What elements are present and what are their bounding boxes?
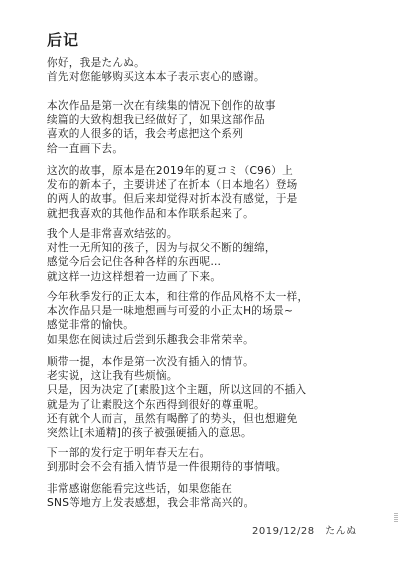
text-line: 的两人的故事。但后来却觉得对折本没有感觉，于是	[47, 192, 298, 206]
text-line: SNS等地方上发表感想，我会非常高兴的。	[47, 496, 254, 510]
text-line: 我个人是非常喜欢结弦的。	[47, 227, 276, 241]
text-line: 就这样一边这样想着一边画了下来。	[47, 270, 276, 284]
text-line: 顺带一提，本作是第一次没有插入的情节。	[47, 355, 306, 369]
text-line: 这次的故事，原本是在2019年的夏コミ（C96）上	[47, 164, 298, 178]
paragraph-sequel: 本次作品是第一次在有续集的情况下创作的故事 续篇的大致构想我已经做好了，如果这部…	[47, 99, 276, 156]
paragraph-thanks: 非常感谢您能看完这些话，如果您能在 SNS等地方上发表感想，我会非常高兴的。	[47, 482, 254, 510]
text-line: 到那时会不会有插入情节是一件很期待的事情哦。	[47, 460, 287, 474]
text-line: 下一部的发行定于明年春天左右。	[47, 446, 287, 460]
text-line: 只是，因为决定了[素股]这个主题，所以这回的不插入	[47, 383, 306, 397]
text-line: 老实说，这让我有些烦恼。	[47, 369, 306, 383]
text-line: 本次作品是第一次在有续集的情况下创作的故事	[47, 99, 276, 113]
text-line: 本次作品只是一味地想画与可爱的小正太H的场景~	[47, 304, 308, 318]
text-line: 发布的新本子，主要讲述了在折本（日本地名）登场	[47, 178, 298, 192]
text-line: 你好，我是たんぬ。	[47, 56, 265, 70]
text-line: 非常感谢您能看完这些话，如果您能在	[47, 482, 254, 496]
text-line: 感觉非常的愉快。	[47, 318, 308, 332]
text-line: 今年秋季发行的正太本，和往常的作品风格不太一样，	[47, 290, 308, 304]
paragraph-next-release: 下一部的发行定于明年春天左右。 到那时会不会有插入情节是一件很期待的事情哦。	[47, 446, 287, 474]
paragraph-style: 今年秋季发行的正太本，和往常的作品风格不太一样， 本次作品只是一味地想画与可爱的…	[47, 290, 308, 347]
signature-date-author: 2019/12/28 たんぬ	[252, 522, 357, 537]
text-line: 就把我喜欢的其他作品和本作联系起来了。	[47, 207, 298, 221]
text-line: 对性一无所知的孩子，因为与叔父不断的缠绵，	[47, 241, 276, 255]
text-line: 喜欢的人很多的话，我会考虑把这个系列	[47, 127, 276, 141]
text-line: 首先对您能够购买这本本子表示衷心的感谢。	[47, 70, 265, 84]
paragraph-greeting: 你好，我是たんぬ。 首先对您能够购买这本本子表示衷心的感谢。	[47, 56, 265, 84]
paragraph-theme: 顺带一提，本作是第一次没有插入的情节。 老实说，这让我有些烦恼。 只是，因为决定…	[47, 355, 306, 440]
text-line: 还有就个人而言，虽然有喝醉了的势头，但也想避免	[47, 412, 306, 426]
page-edge-mark	[394, 513, 398, 523]
text-line: 感觉今后会记住各种各样的东西呢…	[47, 255, 276, 269]
text-line: 就是为了让素股这个东西得到很好的尊重呢。	[47, 398, 306, 412]
paragraph-character: 我个人是非常喜欢结弦的。 对性一无所知的孩子，因为与叔父不断的缠绵， 感觉今后会…	[47, 227, 276, 284]
page-title: 后记	[47, 29, 79, 50]
text-line: 如果您在阅读过后尝到乐趣我会非常荣幸。	[47, 333, 308, 347]
text-line: 续篇的大致构想我已经做好了，如果这部作品	[47, 113, 276, 127]
paragraph-story: 这次的故事，原本是在2019年的夏コミ（C96）上 发布的新本子，主要讲述了在折…	[47, 164, 298, 221]
text-line: 给一直画下去。	[47, 142, 276, 156]
text-line: 突然让[未通精]的孩子被强硬插入的意思。	[47, 426, 306, 440]
